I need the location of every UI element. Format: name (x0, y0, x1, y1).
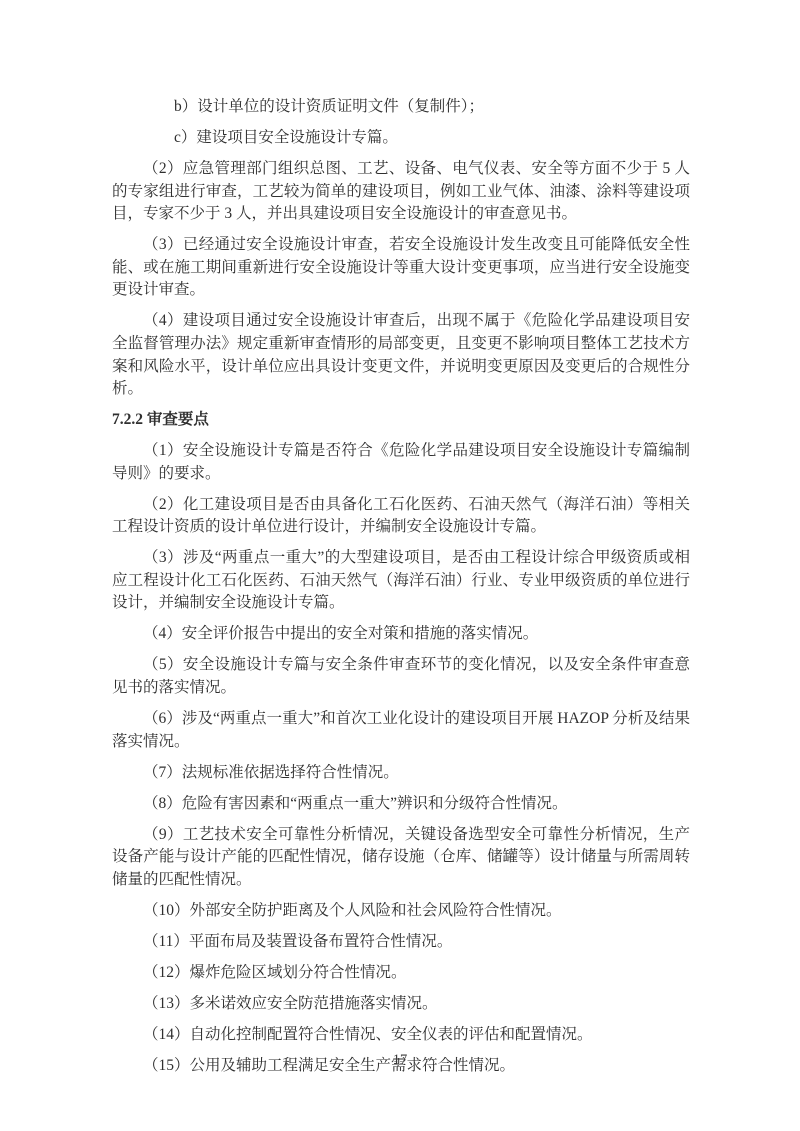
paragraph: （13）多米诺效应安全防范措施落实情况。 (112, 993, 690, 1016)
paragraph: （14）自动化控制配置符合性情况、安全仪表的评估和配置情况。 (112, 1024, 690, 1047)
paragraph: （6）涉及“两重点一重大”和首次工业化设计的建设项目开展 HAZOP 分析及结果… (112, 708, 690, 753)
paragraph: （3）已经通过安全设施设计审查，若安全设施设计发生改变且可能降低安全性能、或在施… (112, 234, 690, 302)
paragraph: （7）法规标准依据选择符合性情况。 (112, 762, 690, 785)
document-page: b）设计单位的设计资质证明文件（复制件）；c）建设项目安全设施设计专篇。（2）应… (0, 0, 800, 1131)
paragraph: （8）危险有害因素和“两重点一重大”辨识和分级符合性情况。 (112, 793, 690, 816)
paragraph: （4）安全评价报告中提出的安全对策和措施的落实情况。 (112, 623, 690, 646)
paragraph: （2）化工建设项目是否由具备化工石化医药、石油天然气（海洋石油）等相关工程设计资… (112, 494, 690, 539)
document-body: b）设计单位的设计资质证明文件（复制件）；c）建设项目安全设施设计专篇。（2）应… (112, 96, 690, 1086)
paragraph: （2）应急管理部门组织总图、工艺、设备、电气仪表、安全等方面不少于 5 人的专家… (112, 158, 690, 226)
paragraph: （1）安全设施设计专篇是否符合《危险化学品建设项目安全设施设计专篇编制导则》的要… (112, 440, 690, 485)
section-heading: 7.2.2 审查要点 (112, 409, 690, 432)
paragraph: （4）建设项目通过安全设施设计审查后，出现不属于《危险化学品建设项目安全监督管理… (112, 310, 690, 400)
page-footer: 17 (0, 1052, 800, 1069)
paragraph: （5）安全设施设计专篇与安全条件审查环节的变化情况，以及安全条件审查意见书的落实… (112, 654, 690, 699)
paragraph: （12）爆炸危险区域划分符合性情况。 (112, 962, 690, 985)
paragraph: （3）涉及“两重点一重大”的大型建设项目，是否由工程设计综合甲级资质或相应工程设… (112, 547, 690, 615)
paragraph: （9）工艺技术安全可靠性分析情况，关键设备选型安全可靠性分析情况，生产设备产能与… (112, 824, 690, 892)
list-sub-item: b）设计单位的设计资质证明文件（复制件）； (112, 96, 690, 119)
page-number: 17 (393, 1052, 408, 1068)
paragraph: （11）平面布局及装置设备布置符合性情况。 (112, 931, 690, 954)
paragraph: （10）外部安全防护距离及个人风险和社会风险符合性情况。 (112, 900, 690, 923)
list-sub-item: c）建设项目安全设施设计专篇。 (112, 127, 690, 150)
